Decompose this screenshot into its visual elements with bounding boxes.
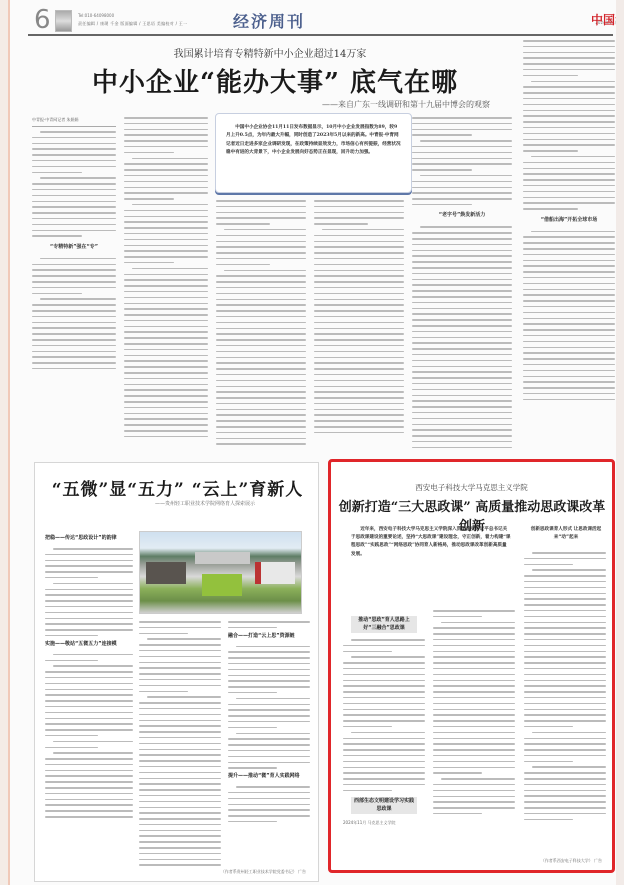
- story-left-subhead: ——贵州轻工职业技术学院网络育人探索展示: [95, 500, 315, 507]
- lead-headline[interactable]: 中小企业“能办大事” 底气在哪: [65, 62, 485, 99]
- story-left-column-3: 融合——打造“云上思”资源链 提升——推动“微”育人实践网络: [228, 621, 310, 871]
- story-left-column-1: 把稳——传达“思政设计”的韵律 实施——敬站“五微五力”连接模: [45, 531, 133, 871]
- newspaper-page: 6 Tel:010-64098000 责任编辑 / 康璞 千金 版面编辑 / 王…: [8, 0, 616, 885]
- lead-column-4: [314, 200, 404, 452]
- lead-column-1: 中青报·中青网记者 朱娟娟 “专精特新”强在“专”: [32, 117, 116, 452]
- lead-column-3: [216, 200, 306, 452]
- story-right-kicker: 西安电子科技大学马克思主义学院: [331, 482, 612, 493]
- story-right-lead: 近年来，西安电子科技大学马克思主义学院深入贯彻落实习近平总书记关于思政课建设的重…: [351, 526, 511, 559]
- story-left-panel: “五微”显“五力” “云上”育新人 ——贵州轻工职业技术学院网络育人探索展示 把…: [34, 462, 319, 882]
- page-number: 6: [34, 6, 51, 34]
- section-head: 实施——敬站“五微五力”连接模: [45, 641, 133, 648]
- section-head: “专精特新”强在“专”: [32, 243, 116, 250]
- story-right-column-3: [524, 552, 606, 852]
- editor-credits: 责任编辑 / 康璞 千金 版面编辑 / 王思语 美编校对 / 王一: [78, 21, 187, 27]
- lead-column-5: “老字号”焕发新活力: [412, 117, 512, 452]
- section-head: 融合——打造“云上思”资源链: [228, 633, 310, 640]
- story-right-credit: （作者系西安电子科技大学） 广告: [541, 858, 602, 864]
- story-left-column-2: [139, 621, 221, 871]
- section-head: “老字号”焕发新活力: [412, 211, 512, 218]
- section-head: 西部生态文明建设学习实践思政课: [351, 797, 417, 814]
- story-right-sidebar-title: 创新思政课育人形式 让思政课活起来“动”起来: [527, 526, 605, 541]
- editor-photo: [55, 10, 72, 32]
- campus-aerial-photo: [139, 531, 302, 614]
- section-title: 经济周刊: [233, 9, 305, 32]
- masthead: 6 Tel:010-64098000 责任编辑 / 康璞 千金 版面编辑 / 王…: [28, 6, 523, 36]
- rule-divider: [523, 34, 613, 36]
- lead-column-6: “借船出海”开拓全球市场: [523, 40, 615, 450]
- story-right-highlighted-panel[interactable]: 西安电子科技大学马克思主义学院 创新打造“三大思政课” 高质量推动思政课改革创新…: [328, 459, 615, 873]
- section-head: “借船出海”开拓全球市场: [523, 216, 615, 223]
- lead-callout-box: 中国中小企业协会11月11日发布数据显示，10月中小企业发展指数为89，较9月上…: [215, 113, 412, 193]
- story-right-column-1: 推动“思政”育人思路上好“三融合”思政课 西部生态文明建设学习实践思政课 202…: [343, 610, 425, 860]
- story-right-column-2: [433, 610, 515, 860]
- story-right-date: 2024年11月 马克思主义学院: [343, 820, 425, 826]
- lead-kicker: 我国累计培育专精特新中小企业超过14万家: [145, 45, 395, 60]
- callout-text: 中国中小企业协会11月11日发布数据显示，10月中小企业发展指数为89，较9月上…: [226, 124, 401, 158]
- section-head: 提升——推动“微”育人实践网络: [228, 773, 310, 780]
- lead-subhead: ——来自广东一线调研和第十九届中博会的观察: [190, 99, 490, 110]
- story-left-credit: （作者系贵州轻工职业技术学院党委书记） 广告: [221, 869, 306, 875]
- lead-column-2: [124, 117, 208, 452]
- section-head: 推动“思政”育人思路上好“三融合”思政课: [351, 616, 417, 633]
- section-head: 把稳——传达“思政设计”的韵律: [45, 535, 133, 542]
- editor-contact: Tel:010-64098000: [78, 13, 114, 18]
- viewer-edge: [616, 0, 624, 885]
- story-left-headline[interactable]: “五微”显“五力” “云上”育新人: [35, 475, 320, 500]
- byline: 中青报·中青网记者 朱娟娟: [32, 117, 116, 127]
